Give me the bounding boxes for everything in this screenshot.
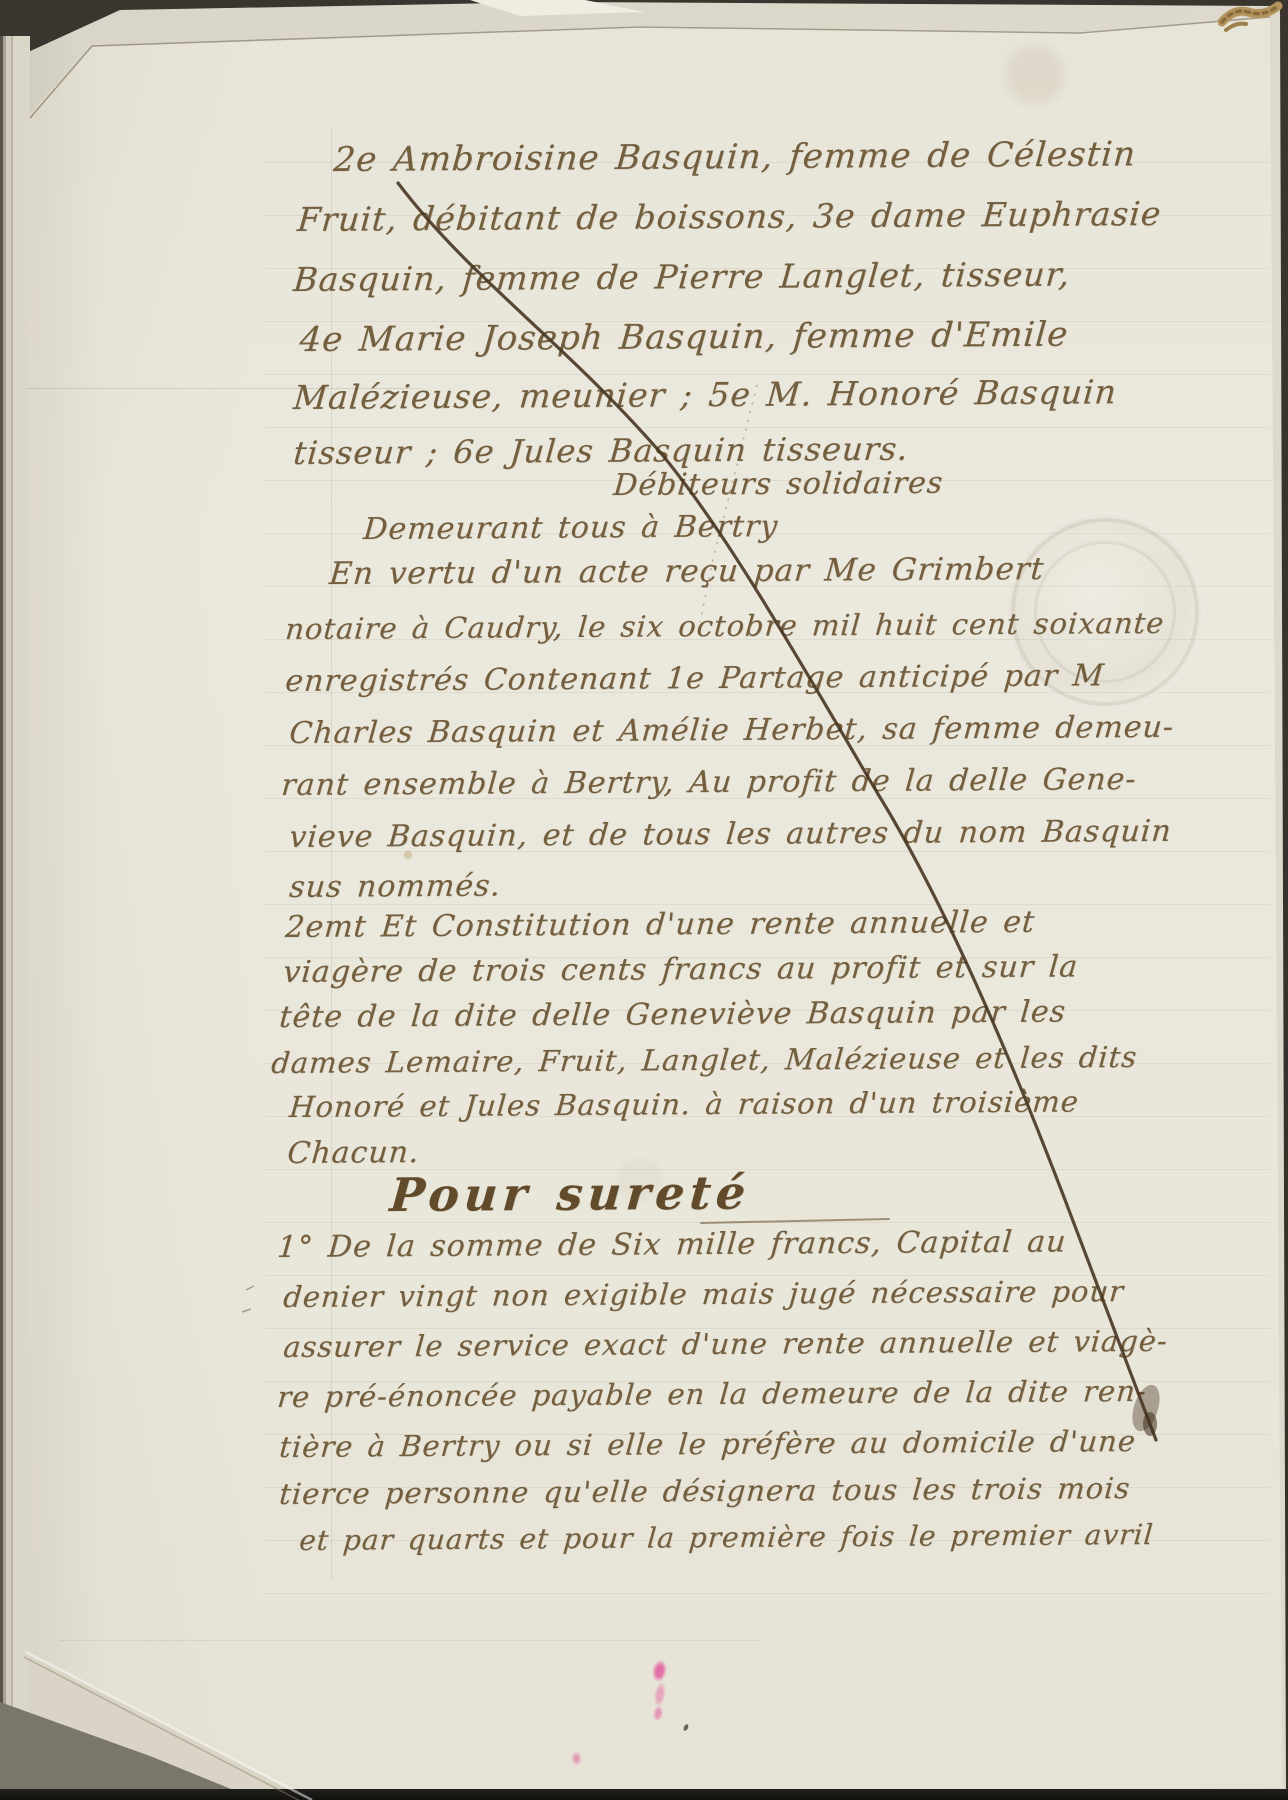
manuscript-line: tête de la dite delle Geneviève Basquin … [278, 994, 1067, 1035]
manuscript-line: Honoré et Jules Basquin. à raison d'un t… [288, 1084, 1080, 1124]
manuscript-line: viagère de trois cents francs au profit … [282, 949, 1080, 990]
manuscript-line: assurer le service exact d'une rente ann… [282, 1324, 1169, 1364]
manuscript-line: 2emt Et Constitution d'une rente annuell… [284, 905, 1037, 945]
manuscript-line: Chacun. [286, 1135, 421, 1171]
section-heading: Pour sureté [388, 1165, 752, 1222]
manuscript-line: En vertu d'un acte reçu par Me Grimbert [328, 551, 1046, 592]
manuscript-line: 4e Marie Joseph Basquin, femme d'Emile [298, 315, 1070, 360]
manuscript-line: enregistrés Contenant 1e Partage anticip… [284, 658, 1106, 699]
manuscript-line: Débiteurs solidaires [612, 466, 945, 503]
manuscript-line: tière à Bertry ou si elle le préfère au … [278, 1424, 1137, 1464]
manuscript-line: Charles Basquin et Amélie Herbet, sa fem… [288, 710, 1175, 751]
binding-string-icon [1218, 0, 1288, 46]
scanned-document: 2e Ambroisine Basquin, femme de Célestin… [0, 0, 1288, 1800]
manuscript-text: 2e Ambroisine Basquin, femme de Célestin… [0, 0, 1288, 1800]
manuscript-line: tierce personne qu'elle désignera tous l… [278, 1471, 1132, 1511]
scanner-background-bottom [0, 1789, 1288, 1800]
manuscript-line: Malézieuse, meunier ; 5e M. Honoré Basqu… [292, 372, 1119, 417]
pink-ink-dot [572, 1752, 581, 1765]
manuscript-line: denier vingt non exigible mais jugé néce… [282, 1274, 1125, 1314]
document-page: 2e Ambroisine Basquin, femme de Célestin… [0, 0, 1288, 1800]
manuscript-line: sus nommés. [288, 869, 502, 905]
manuscript-line: et par quarts et pour la première fois l… [298, 1518, 1155, 1557]
manuscript-line: notaire à Caudry, le six octobre mil hui… [284, 606, 1166, 646]
manuscript-line: re pré-énoncée payable en la demeure de … [276, 1374, 1148, 1414]
manuscript-line: 2e Ambroisine Basquin, femme de Célestin [332, 134, 1138, 180]
manuscript-line: 1° De la somme de Six mille francs, Capi… [276, 1224, 1068, 1265]
manuscript-line: Fruit, débitant de boissons, 3e dame Eup… [296, 194, 1163, 239]
manuscript-line: dames Lemaire, Fruit, Langlet, Malézieus… [270, 1040, 1139, 1080]
manuscript-line: rant ensemble à Bertry, Au profit de la … [280, 762, 1138, 803]
manuscript-line: Demeurant tous à Bertry [362, 509, 780, 547]
manuscript-line: Basquin, femme de Pierre Langlet, tisseu… [292, 255, 1072, 299]
left-paper-edges [0, 36, 30, 1796]
manuscript-line: vieve Basquin, et de tous les autres du … [288, 814, 1173, 855]
